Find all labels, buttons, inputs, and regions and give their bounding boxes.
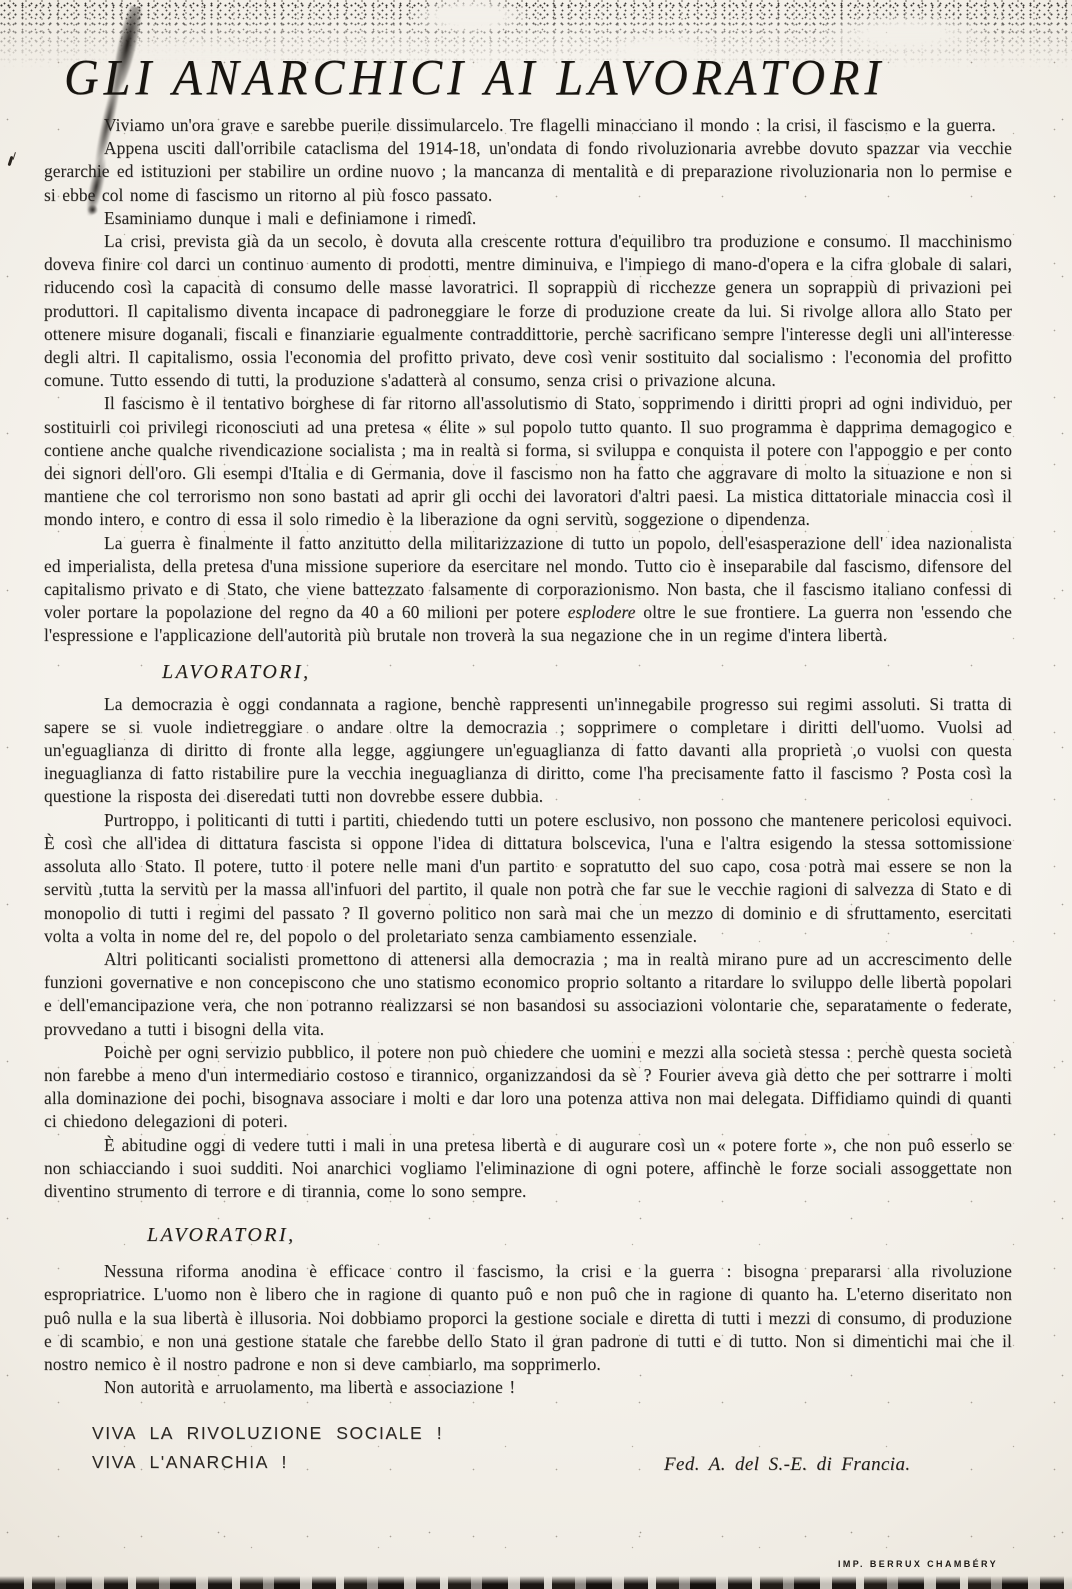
paragraph-guerra-italic-word: esplodere (568, 602, 636, 622)
paragraph-poiche: Poichè per ogni servizio pubblico, il po… (44, 1041, 1012, 1134)
paragraph-nessuna: Nessuna riforma anodina è efficace contr… (44, 1260, 1012, 1376)
page-title: GLI ANARCHICI AI LAVORATORI (64, 50, 1012, 107)
paragraph-viviamo: Viviamo un'ora grave e sarebbe puerile d… (44, 114, 1012, 137)
paragraph-crisi: La crisi, prevista già da un secolo, è d… (44, 230, 1012, 392)
closing-block: VIVA LA RIVOLUZIONE SOCIALE ! VIVA L'ANA… (92, 1419, 1012, 1477)
signature: Fed. A. del S.-E. di Francia. (664, 1454, 911, 1476)
document-content: GLI ANARCHICI AI LAVORATORI Viviamo un'o… (44, 0, 1012, 1477)
paragraph-guerra: La guerra è finalmente il fatto anzitutt… (44, 532, 1012, 648)
section-heading-lavoratori-2: LAVORATORI, (147, 1222, 1012, 1248)
section-heading-lavoratori-1: LAVORATORI, (162, 659, 1012, 685)
paragraph-abitudine: È abitudine oggi di vedere tutti i mali … (44, 1134, 1012, 1204)
paragraph-esaminiamo: Esaminiamo dunque i mali e definiamone i… (44, 207, 1012, 230)
scan-edge-bottom (0, 1576, 1072, 1589)
document-page: GLI ANARCHICI AI LAVORATORI Viviamo un'o… (0, 0, 1072, 1589)
slogan-rivoluzione-sociale: VIVA LA RIVOLUZIONE SOCIALE ! (92, 1419, 1012, 1448)
paragraph-appena: Appena usciti dall'orribile cataclisma d… (44, 137, 1012, 207)
paragraph-non-autorita: Non autorità e arruolamento, ma libertà … (44, 1376, 1012, 1399)
paragraph-altri: Altri politicanti socialisti promettono … (44, 948, 1012, 1041)
paragraph-fascismo: Il fascismo è il tentativo borghese di f… (44, 392, 1012, 531)
paragraph-democrazia: La democrazia è oggi condannata a ragion… (44, 693, 1012, 809)
ink-speck (8, 156, 14, 166)
printer-mark: IMP. BERRUX CHAMBÉRY (838, 1559, 998, 1569)
paragraph-purtroppo: Purtroppo, i politicanti di tutti i part… (44, 809, 1012, 948)
document-body: Viviamo un'ora grave e sarebbe puerile d… (44, 114, 1012, 1399)
